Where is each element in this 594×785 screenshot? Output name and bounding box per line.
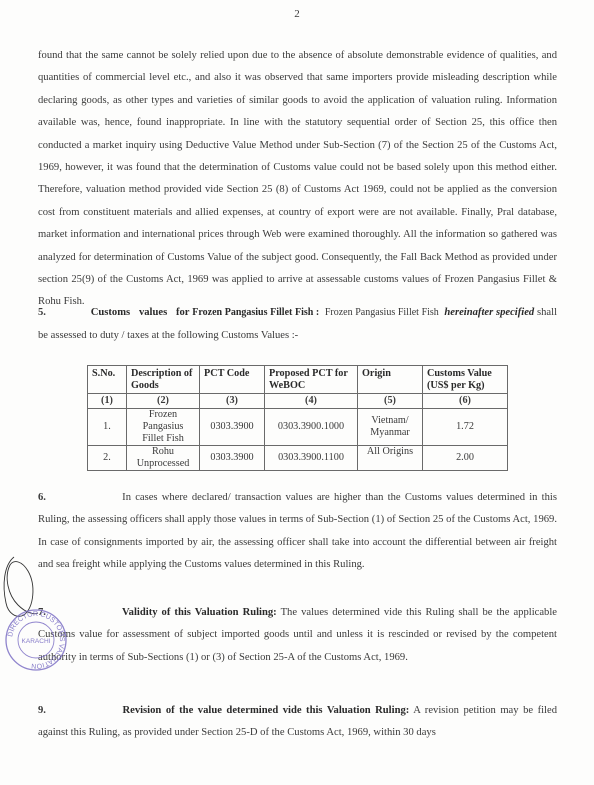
header-customs-value: Customs Value (US$ per Kg) xyxy=(423,366,508,394)
section-7-text: The values determined vide this Ruling s… xyxy=(38,607,557,663)
table-row: 2. Rohu Unprocessed 0303.3900 0303.3900.… xyxy=(88,446,508,471)
section-5-number: 5. xyxy=(38,301,46,324)
header-pct-code: PCT Code xyxy=(200,366,265,394)
index-cell: (3) xyxy=(200,394,265,409)
section-7-heading: Validity of this Valuation Ruling: xyxy=(122,607,277,618)
section-5-text-a: Frozen Pangasius Fillet Fish xyxy=(325,307,439,318)
header-sno: S.No. xyxy=(88,366,127,394)
cell-proposed-pct: 0303.3900.1000 xyxy=(265,409,358,446)
cell-customs-value: 1.72 xyxy=(423,409,508,446)
table-index-row: (1) (2) (3) (4) (5) (6) xyxy=(88,394,508,409)
section-5-heading-a: Customs values for xyxy=(91,307,190,318)
table-row: 1. Frozen Pangasius Fillet Fish 0303.390… xyxy=(88,409,508,446)
index-cell: (1) xyxy=(88,394,127,409)
intro-paragraph: found that the same cannot be solely rel… xyxy=(38,45,557,314)
section-5-heading-b: Frozen Pangasius Fillet Fish : xyxy=(192,307,319,318)
section-7-paragraph: 7. Validity of this Valuation Ruling: Th… xyxy=(38,602,557,669)
section-9-number: 9. xyxy=(38,700,46,722)
cell-sno: 1. xyxy=(88,409,127,446)
section-6-text: In cases where declared/ transaction val… xyxy=(38,492,557,570)
stamp-inner-text: KARACHI xyxy=(22,638,51,645)
cell-description: Rohu Unprocessed xyxy=(127,446,200,471)
section-9-paragraph: 9. Revision of the value determined vide… xyxy=(38,700,557,745)
cell-customs-value: 2.00 xyxy=(423,446,508,471)
cell-sno: 2. xyxy=(88,446,127,471)
table-header-row: S.No. Description of Goods PCT Code Prop… xyxy=(88,366,508,394)
cell-origin: Vietnam/ Myanmar xyxy=(358,409,423,446)
cell-description: Frozen Pangasius Fillet Fish xyxy=(127,409,200,446)
cell-origin: All Origins xyxy=(358,446,423,471)
cell-pct-code: 0303.3900 xyxy=(200,446,265,471)
index-cell: (5) xyxy=(358,394,423,409)
customs-values-table: S.No. Description of Goods PCT Code Prop… xyxy=(87,365,508,471)
header-origin: Origin xyxy=(358,366,423,394)
cell-pct-code: 0303.3900 xyxy=(200,409,265,446)
section-5-italic: hereinafter specified xyxy=(444,307,534,318)
customs-valuation-stamp: DIRECTOR CUSTOMS VALUATION KARACHI xyxy=(4,608,68,672)
section-9-heading: Revision of the value determined vide th… xyxy=(122,705,409,716)
section-6-number: 6. xyxy=(38,487,46,509)
page-number: 2 xyxy=(0,8,594,20)
cell-proposed-pct: 0303.3900.1100 xyxy=(265,446,358,471)
index-cell: (6) xyxy=(423,394,508,409)
header-proposed-pct: Proposed PCT for WeBOC xyxy=(265,366,358,394)
header-description: Description of Goods xyxy=(127,366,200,394)
index-cell: (4) xyxy=(265,394,358,409)
section-6-paragraph: 6. In cases where declared/ transaction … xyxy=(38,487,557,577)
index-cell: (2) xyxy=(127,394,200,409)
section-5-paragraph: 5. Customs values for Frozen Pangasius F… xyxy=(38,301,557,347)
